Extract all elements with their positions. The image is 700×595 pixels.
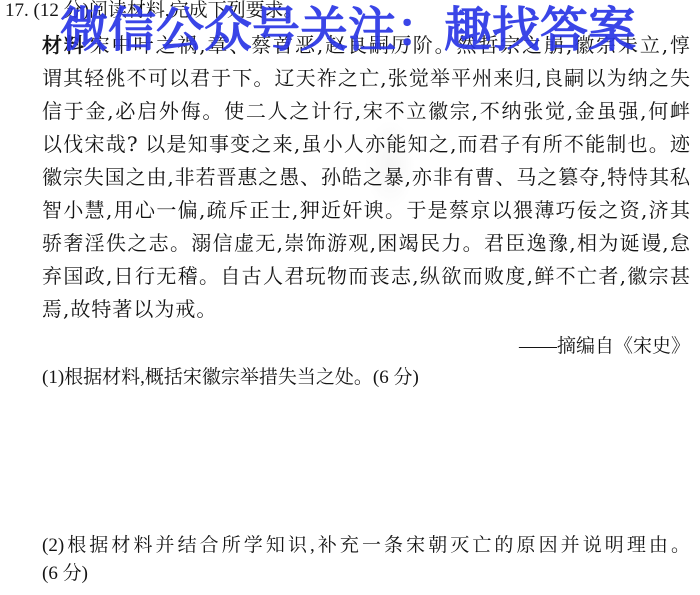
material-line-4: 以伐宋哉? 以是知事变之来,虽小人亦能知之,而君子有所不能制也。迹 [42, 132, 690, 156]
material-line-9: 焉,故特著以为戒。 [42, 297, 690, 321]
material-line-3: 信于金,必启外侮。使二人之计行,宋不立徽宗,不纳张觉,金虽强,何衅 [42, 99, 690, 123]
subquestion-2: (2)根据材料并结合所学知识,补充一条宋朝灭亡的原因并说明理由。 [42, 534, 690, 558]
material-line-6: 智小慧,用心一偏,疏斥正士,狎近奸谀。于是蔡京以猥薄巧佞之资,济其 [42, 198, 690, 222]
material-line-1: 材料宋中叶之祸,章、蔡首恶,赵良嗣厉阶。然哲宗之崩,徽宗未立,惇 [42, 33, 690, 57]
material-line-5: 徽宗失国之由,非若晋惠之愚、孙皓之暴,亦非有曹、马之篡夺,特恃其私 [42, 165, 690, 189]
material-line-8: 弃国政,日行无稽。自古人君玩物而丧志,纵欲而败度,鲜不亡者,徽宗甚 [42, 264, 690, 288]
material-label: 材料 [42, 33, 86, 57]
material-line-2: 谓其轻佻不可以君于下。辽天祚之亡,张觉举平州来归,良嗣以为纳之失 [42, 66, 690, 90]
subquestion-1: (1)根据材料,概括宋徽宗举措失当之处。(6 分) [42, 366, 419, 390]
exam-page: 17. (12 分)阅读材料,完成下列要求。 材料宋中叶之祸,章、蔡首恶,赵良嗣… [0, 0, 700, 595]
material-line-7: 骄奢淫佚之志。溺信虚无,崇饰游观,困竭民力。君臣逸豫,相为诞谩,怠 [42, 231, 690, 255]
material-source: ——摘编自《宋史》 [519, 335, 690, 359]
question-header: 17. (12 分)阅读材料,完成下列要求。 [5, 0, 303, 22]
subquestion-2-points: (6 分) [42, 562, 88, 586]
material-text: 宋中叶之祸,章、蔡首恶,赵良嗣厉阶。然哲宗之崩,徽宗未立,惇 [90, 33, 690, 57]
